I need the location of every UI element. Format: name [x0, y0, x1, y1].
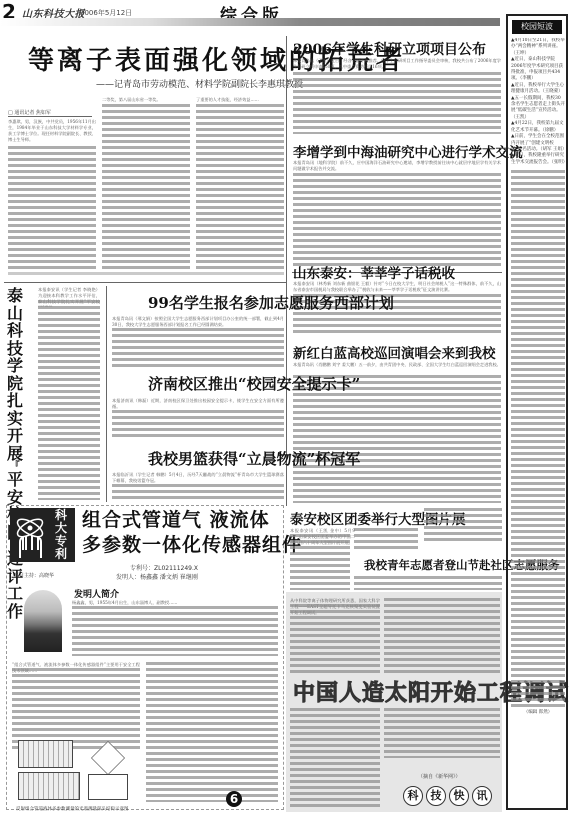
brief-item: ▲五一长假期间，我校30余名学生志愿者走上街头开展“低碳生活”宣传活动。（王凯）: [511, 96, 565, 122]
sidebar-briefs: ▲4月10日至21日，我校举办“两会精神”系列讲座。（王坤） ▲近日，泰山科技学…: [511, 38, 565, 804]
sensor-diagram-4: [88, 774, 128, 800]
vertical-article-rule: [106, 286, 107, 502]
brief-item: ▲近日，泰山科技学院2006年度学术研究项目获得批准，申报项目共434项。（李鹏…: [511, 57, 565, 83]
lead-text-lines-2: [102, 104, 190, 269]
basketball-lines: [112, 484, 284, 502]
lead-text-lines-1: [8, 146, 96, 269]
liu-zengxue-lines: [293, 173, 501, 268]
patent-body-lines-2: [146, 662, 278, 802]
volunteer-west-headline: 99名学生报名参加志愿服务西部计划: [148, 292, 394, 313]
tech-news-badge-4: 讯: [472, 786, 492, 806]
liu-zengxue-headline: 李增学到中海油研究中心进行学术交流: [293, 141, 523, 161]
research-projects-lines: [293, 72, 501, 134]
research-projects-headline: 2006年学生科研立项项目公布: [293, 39, 486, 59]
sensor-diagram-3: [18, 772, 80, 800]
artificial-sun-lines-2: [384, 598, 500, 674]
patent-title: 组合式管道气 液流体 多参数一体化传感器组件: [82, 508, 302, 558]
patent-inventors: 发明人：杨鑫鑫 潘文炳 崔继刚: [116, 572, 198, 581]
lead-byline: □ 通讯记者 焦如军: [8, 109, 51, 116]
brief-item: ▲4月10日至21日，我校举办“两会精神”系列讲座。（王坤）: [511, 38, 565, 57]
volunteer-west-lines: [112, 328, 284, 368]
inventor-intro-heading: 发明人简介: [74, 587, 119, 600]
header-band: [0, 18, 500, 26]
source-credit: （摘自《新华网》）: [418, 773, 461, 780]
brief-item: ▲日前，学生会在全校范围内开展了“创建文明校园”签名活动。（胡军 王娟）: [511, 134, 565, 153]
byline-rule: [8, 116, 92, 117]
inventor-photo: [24, 590, 62, 652]
campus-briefs-sidebar: 校园短波 ▲4月10日至21日，我校举办“两会精神”系列讲座。（王坤） ▲近日，…: [506, 14, 568, 810]
safety-card-lines: [112, 410, 284, 440]
brief-item: ▲4月22日，我校第九届文化艺术节开幕。（徐鹏）: [511, 121, 565, 134]
sidebar-title: 校园短波: [512, 20, 562, 34]
sensor-diagram-1: [18, 740, 73, 768]
atom-hand-icon: [10, 508, 50, 562]
lead-footer-line: [8, 272, 284, 278]
photo-exhibit-lines-2: [354, 528, 418, 552]
taishan-lines: [38, 300, 100, 500]
patent-number: 专利号：ZL02111249.X: [130, 563, 198, 572]
column-rule: [286, 36, 287, 506]
inventor-intro-lines: [72, 606, 278, 656]
sidebar-text-lines: [511, 170, 565, 710]
tax-headline: 山东泰安：莘莘学子话税收: [293, 262, 455, 282]
tech-news-badge-1: 科: [403, 786, 423, 806]
mountain-volunteer-lines: [354, 576, 502, 590]
patent-logo-text: 科 大 专 利: [49, 509, 73, 561]
photo-exhibit-lines-3: [424, 508, 502, 544]
tech-news-badge-3: 快: [449, 786, 469, 806]
page-marker-six: 6: [226, 791, 242, 807]
sidebar-editor-credit: （编辑 郎然）: [511, 710, 565, 716]
lead-text-lines-3: [196, 104, 284, 269]
artificial-sun-lines-4: [384, 708, 500, 758]
lead-subtitle: ——记青岛市劳动模范、材料学院副院长李惠琪教授: [96, 77, 303, 90]
safety-card-headline: 济南校区推出“校园安全提示卡”: [148, 373, 360, 394]
artificial-sun-lines-3: [290, 708, 380, 808]
column-host: 栏目主持：高晓华: [14, 572, 54, 579]
concert-lines: [293, 375, 501, 503]
figure-caption: 反射组合管道液体多参数测量的光谱测量探头结构示意图: [16, 806, 129, 812]
issue-date: 2006年5月12日: [80, 8, 132, 18]
basketball-headline: 我校男篮获得“立晨物流”杯冠军: [148, 448, 360, 469]
concert-headline: 新红白蓝高校巡回演唱会来到我校: [293, 342, 496, 362]
artificial-sun-lines-1: [290, 604, 380, 674]
photo-exhibit-lines-1: [290, 534, 350, 590]
section-rule: [4, 282, 286, 283]
tech-news-badge-2: 技: [426, 786, 446, 806]
brief-item: ▲近日，我校举行大学生心理健康月活动。（王晓蒙）: [511, 83, 565, 96]
brief-item: ▲近日，我校隆重举行研究生学术交流报告会。（张明）: [511, 153, 565, 166]
patent-body-lines-1: [12, 668, 140, 750]
